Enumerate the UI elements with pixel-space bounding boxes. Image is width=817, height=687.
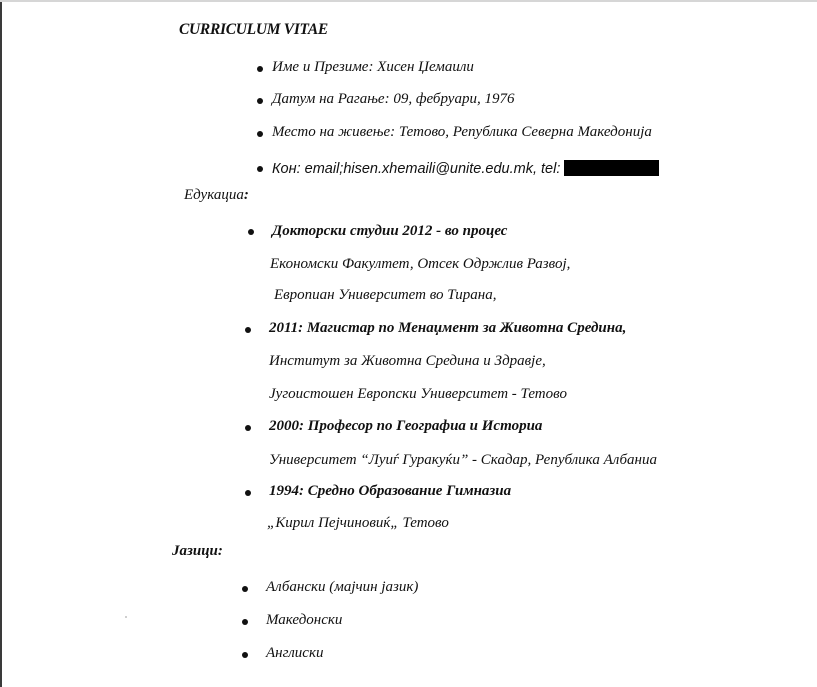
education-item-title: 2011: Магистар по Менаџмент за Животна С… (269, 320, 626, 337)
education-item-title: 2000: Професор по Географиа и Историа (269, 418, 542, 435)
education-item-title: Докторски студии 2012 - во процес (272, 223, 507, 240)
birth-date-field: Датум на Рагање: 09, фебруари, 1976 (272, 91, 514, 108)
document-title: CURRICULUM VITAE (179, 21, 328, 39)
bullet-icon (242, 586, 248, 592)
bullet-icon (242, 619, 248, 625)
residence-field: Место на живење: Тетово, Република Север… (272, 124, 652, 141)
redacted-phone (564, 160, 659, 176)
contact-text: Кон: email;hisen.xhemaili@unite.edu.mk, … (272, 161, 560, 177)
bullet-icon (245, 327, 251, 333)
bullet-icon (245, 425, 251, 431)
page-left-border (0, 0, 2, 687)
bullet-icon (257, 66, 263, 72)
education-item-line: Европиан Университет во Тирана, (274, 287, 496, 304)
education-item-line: Југоистошен Европски Университет - Тетов… (269, 386, 567, 403)
contact-field: Кон: email;hisen.xhemaili@unite.edu.mk, … (272, 160, 659, 177)
languages-heading: Јазици: (172, 543, 223, 560)
education-item-title: 1994: Средно Образование Гимназиа (269, 483, 511, 500)
education-heading-text: Едукациа (184, 187, 244, 203)
language-item: Албански (мајчин јазик) (266, 579, 418, 596)
scan-speck (125, 616, 127, 618)
bullet-icon (257, 131, 263, 137)
name-field: Име и Презиме: Хисен Џемаили (272, 59, 474, 76)
education-item-line: Университет “Луиѓ Гуракуќи” - Скадар, Ре… (269, 452, 657, 469)
education-item-line: Институт за Животна Средина и Здравје, (269, 353, 546, 370)
bullet-icon (257, 166, 263, 172)
education-item-line: „Кирил Пејчиновиќ„ Тетово (267, 515, 449, 532)
education-item-line: Економски Факултет, Отсек Одржлив Развој… (270, 256, 570, 273)
bullet-icon (248, 229, 254, 235)
language-item: Англиски (266, 645, 323, 662)
education-heading: Едукациа: (184, 187, 249, 204)
bullet-icon (257, 98, 263, 104)
bullet-icon (242, 652, 248, 658)
education-heading-colon: : (244, 187, 249, 203)
language-item: Македонски (266, 612, 342, 629)
bullet-icon (245, 490, 251, 496)
page-top-border (0, 0, 817, 2)
